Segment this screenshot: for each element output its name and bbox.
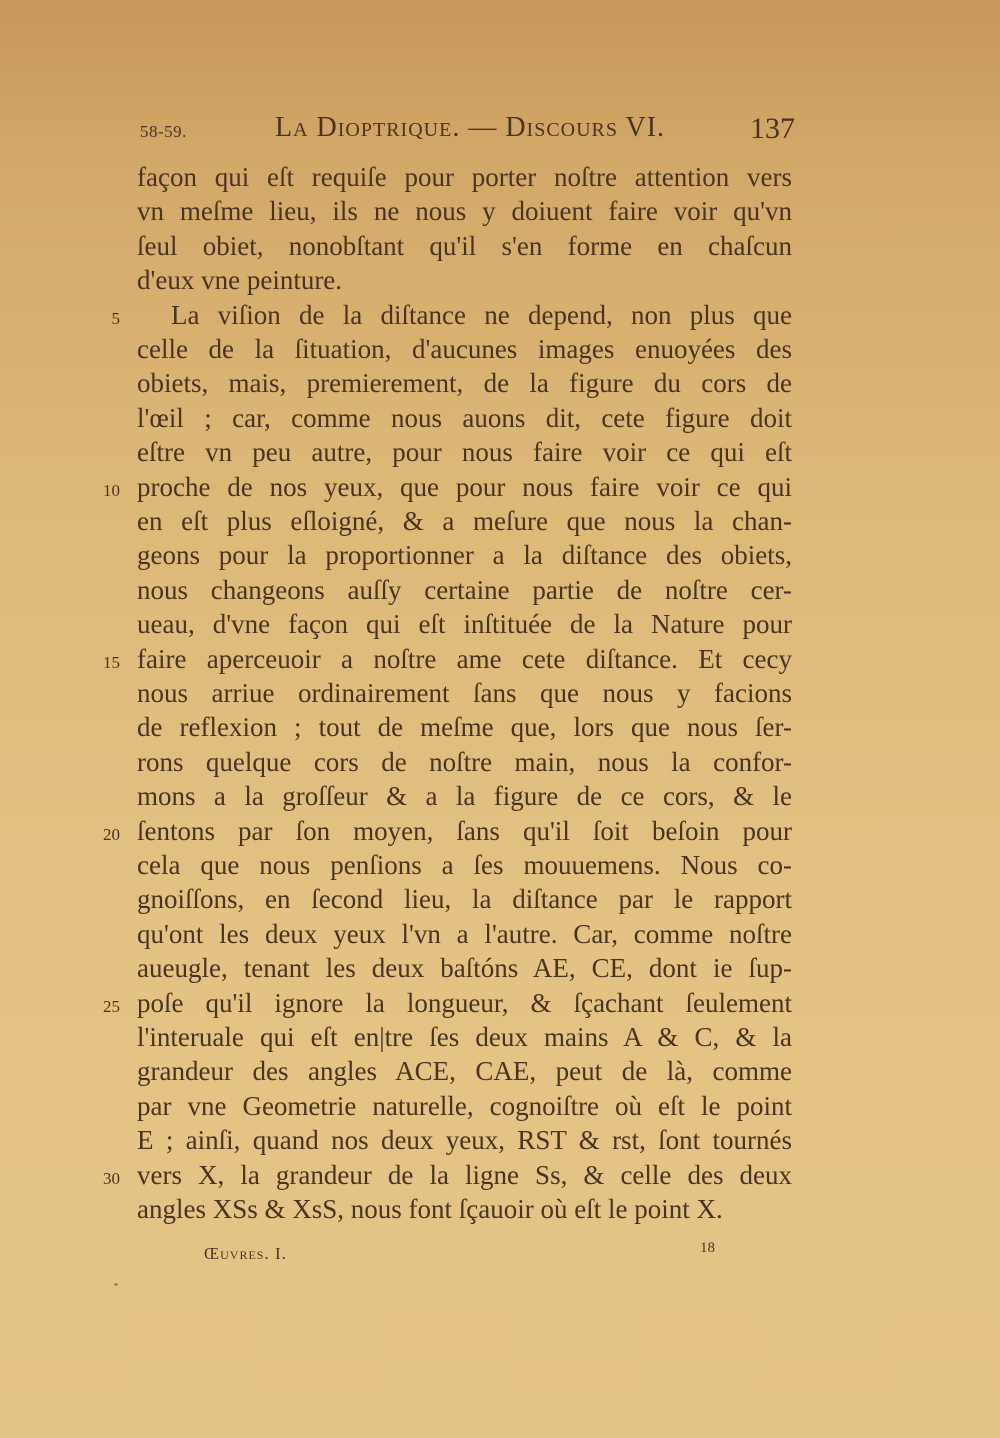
- line-number-5: 5: [84, 302, 120, 336]
- text-line: par vne Geometrie naturelle, cognoiſtre …: [137, 1089, 792, 1123]
- text-line: gnoiſſons, en ſecond lieu, la diſtance p…: [137, 882, 792, 916]
- text-line: mons a la groſſeur & a la figure de ce c…: [137, 779, 792, 813]
- text-line: vers X, la grandeur de la ligne Ss, & ce…: [137, 1158, 792, 1192]
- text-line: l'œil ; car, comme nous auons dit, cete …: [137, 401, 792, 435]
- line-number-20: 20: [84, 818, 120, 852]
- text-line: grandeur des angles ACE, CAE, peut de là…: [137, 1054, 792, 1088]
- paper-speck: [114, 1283, 118, 1286]
- signature-mark: Œuvres. I.: [204, 1244, 287, 1264]
- text-line: ſeul obiet, nonobſtant qu'il s'en forme …: [137, 229, 792, 263]
- text-line: faire aperceuoir a noſtre ame cete diſta…: [137, 642, 792, 676]
- book-page: 58-59. La Dioptrique. — Discours VI. 137…: [0, 0, 1000, 1438]
- text-line: proche de nos yeux, que pour nous faire …: [137, 470, 792, 504]
- text-line: qu'ont les deux yeux l'vn a l'autre. Car…: [137, 917, 792, 951]
- text-line: E ; ainſi, quand nos deux yeux, RST & rs…: [137, 1123, 792, 1157]
- text-line: rons quelque cors de noſtre main, nous l…: [137, 745, 792, 779]
- text-line: cela que nous penſions a ſes mouuemens. …: [137, 848, 792, 882]
- text-line: eſtre vn peu autre, pour nous faire voir…: [137, 435, 792, 469]
- text-line: vn meſme lieu, ils ne nous y doiuent fai…: [137, 194, 792, 228]
- page-number: 137: [750, 112, 795, 146]
- text-line: façon qui eſt requiſe pour porter noſtre…: [137, 160, 792, 194]
- text-line: d'eux vne peinture.: [137, 263, 792, 297]
- running-head: 58-59. La Dioptrique. — Discours VI. 137: [140, 112, 795, 152]
- line-number-15: 15: [84, 646, 120, 680]
- text-line: aueugle, tenant les deux baſtóns AE, CE,…: [137, 951, 792, 985]
- text-line: de reflexion ; tout de meſme que, lors q…: [137, 710, 792, 744]
- text-line: celle de la ſituation, d'aucunes images …: [137, 332, 792, 366]
- text-line: angles XSs & XsS, nous font ſçauoir où e…: [137, 1192, 792, 1226]
- text-line: ſentons par ſon moyen, ſans qu'il ſoit b…: [137, 814, 792, 848]
- text-line: geons pour la proportionner a la diſtanc…: [137, 538, 792, 572]
- text-line: en eſt plus eſloigné, & a meſure que nou…: [137, 504, 792, 538]
- text-line: obiets, mais, premierement, de la figure…: [137, 366, 792, 400]
- running-title: La Dioptrique. — Discours VI.: [275, 112, 665, 144]
- page-range: 58-59.: [140, 122, 187, 142]
- line-number-30: 30: [84, 1162, 120, 1196]
- text-line: ueau, d'vne façon qui eſt inſtituée de l…: [137, 607, 792, 641]
- text-line: poſe qu'il ignore la longueur, & ſçachan…: [137, 986, 792, 1020]
- text-line: l'interuale qui eſt en|tre ſes deux main…: [137, 1020, 792, 1054]
- line-number-10: 10: [84, 474, 120, 508]
- gathering-number: 18: [700, 1240, 715, 1257]
- text-line: nous arriue ordinairement ſans que nous …: [137, 676, 792, 710]
- paragraph-start-line: La viſion de la diſtance ne depend, non …: [171, 298, 792, 332]
- line-number-25: 25: [84, 990, 120, 1024]
- text-line: nous changeons auſſy certaine partie de …: [137, 573, 792, 607]
